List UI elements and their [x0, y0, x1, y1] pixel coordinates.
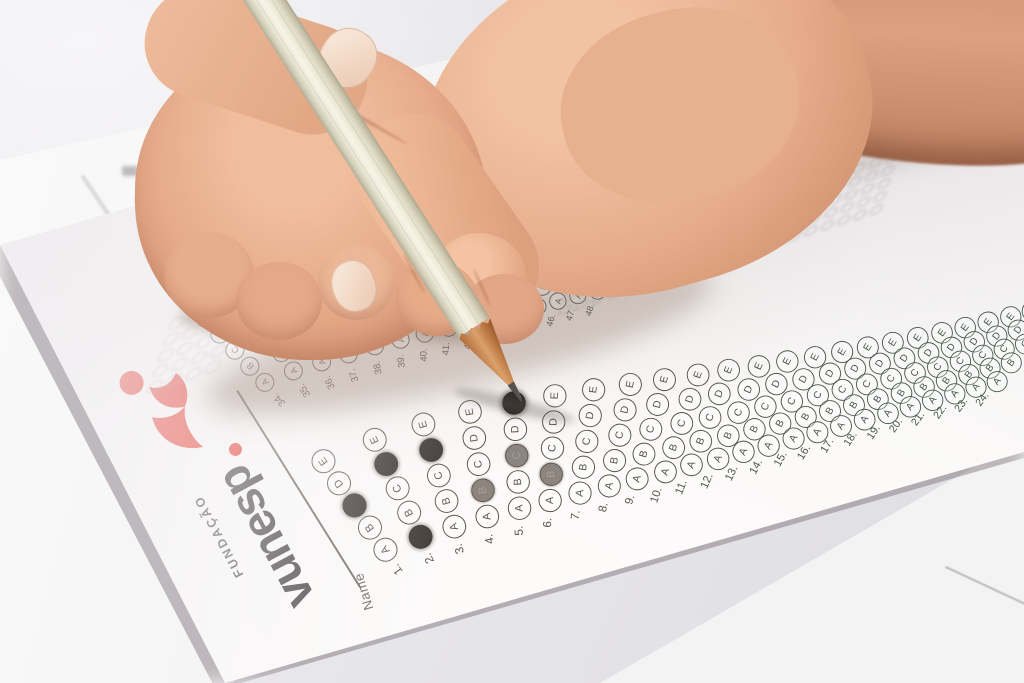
knuckle	[236, 262, 322, 340]
photo-of-answer-sheet: FUNDAÇÃO vunesp Name 1.ABCDE2.ABCDE3.ABC…	[0, 0, 1024, 683]
hand-and-arm	[0, 0, 1024, 683]
